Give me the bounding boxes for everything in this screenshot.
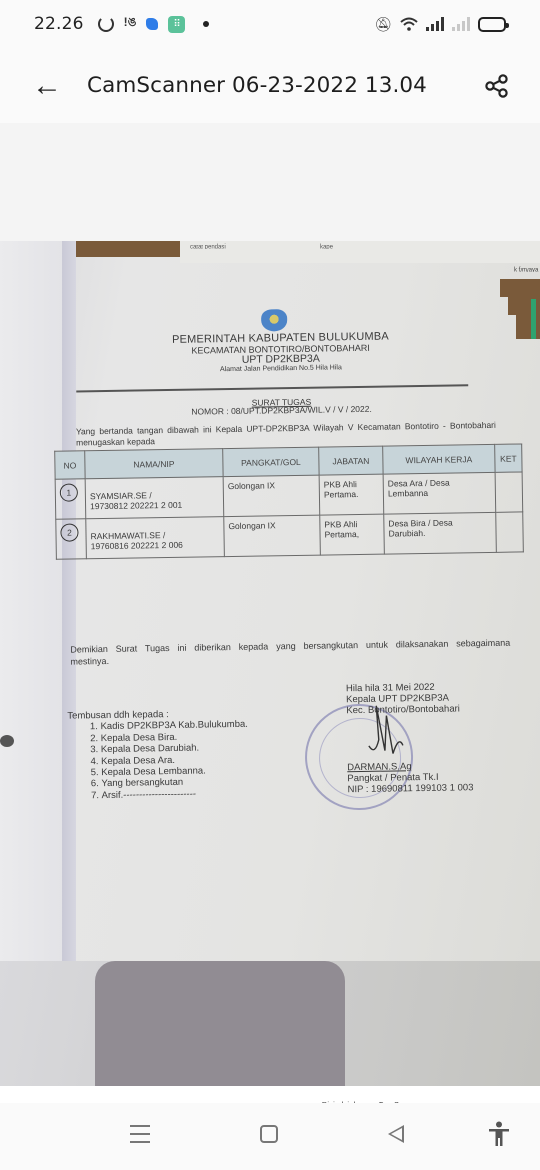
copy-recipients-list: Kadis DP2KBP3A Kab.Bulukumba. Kepala Des… [67, 719, 249, 802]
cell-pangkat: Golongan IX [223, 475, 320, 517]
header-nama-nip: NAMA/NIP [85, 449, 223, 479]
battery-icon [478, 17, 506, 32]
corner-handwriting: ɐʎɐ/ɯ/ɟ ʞ [514, 266, 538, 272]
bell-off-icon: 🔕︎ [374, 16, 392, 33]
sign-nip: NIP : 19690811 199103 1 003 [347, 783, 473, 796]
document-viewer[interactable]: ᴉsɐpuǝd ʇɐʇɐɔ ǝdɐʞ ɐʎɐ/ɯ/ɟ ʞ PEMERINTAH … [0, 123, 540, 1103]
status-time: 22.26 [34, 14, 84, 34]
blue-app-icon [146, 18, 158, 30]
upside-down-text: ǝdɐʞ [320, 243, 333, 249]
cell-nama-nip: RAKHMAWATI.SE /19760816 202221 2 006 [86, 517, 225, 559]
status-right-icons: 🔕︎ [374, 16, 506, 33]
signal-dim-icon [452, 17, 470, 31]
cell-no: 2 [56, 519, 87, 559]
corner-green-tab [531, 299, 536, 339]
cell-ket [496, 512, 524, 552]
header-no: NO [55, 451, 85, 479]
letter-document: PEMERINTAH KABUPATEN BULUKUMBA KECAMATAN… [40, 303, 540, 311]
navigation-bar [0, 1103, 540, 1170]
cell-jabatan: PKB Ahli Pertama. [319, 474, 384, 515]
status-bar: 22.26 !ঙ ⠿ 🔕︎ [0, 0, 540, 48]
emblem-logo [261, 309, 287, 331]
letterhead-rule [76, 384, 468, 392]
cell-wilayah: Desa Ara / Desa Lembanna [383, 472, 496, 514]
green-app-icon: ⠿ [168, 16, 185, 33]
dot-icon [203, 21, 209, 27]
app-bar: ← CamScanner 06-23-2022 13.04 [0, 48, 540, 123]
scanned-photo: ᴉsɐpuǝd ʇɐʇɐɔ ǝdɐʞ ɐʎɐ/ɯ/ɟ ʞ PEMERINTAH … [0, 241, 540, 961]
header-wilayah: WILAYAH KERJA [383, 444, 495, 474]
letterhead: PEMERINTAH KABUPATEN BULUKUMBA KECAMATAN… [40, 329, 521, 376]
home-icon[interactable] [260, 1125, 278, 1143]
copy-recipients: Tembusan ddh kepada : Kadis DP2KBP3A Kab… [67, 708, 249, 802]
cell-no: 1 [55, 479, 86, 519]
document-title: CamScanner 06-23-2022 13.04 [87, 73, 427, 98]
wifi-icon [400, 17, 418, 31]
cell-wilayah: Desa Bira / Desa Darubiah. [384, 512, 497, 554]
assignment-table: NO NAMA/NIP PANGKAT/GOL JABATAN WILAYAH … [54, 443, 524, 559]
photo-lower-area [0, 961, 540, 1086]
sync-icon [98, 16, 114, 32]
signature-block: Hila hila 31 Mei 2022 Kepala UPT DP2KBP3… [346, 682, 474, 795]
closing-paragraph: Demikian Surat Tugas ini diberikan kepad… [70, 637, 510, 668]
pen-mark [0, 735, 14, 747]
arrow-left-icon[interactable]: ← [32, 71, 72, 101]
table-row: 2 RAKHMAWATI.SE /19760816 202221 2 006 G… [56, 512, 524, 559]
accessibility-icon[interactable] [488, 1121, 510, 1147]
shadow-object [95, 961, 345, 1086]
signal-icon [426, 17, 444, 31]
cell-ket [495, 472, 523, 512]
cell-pangkat: Golongan IX [224, 515, 321, 557]
back-icon[interactable] [388, 1125, 404, 1143]
header-pangkat: PANGKAT/GOL [223, 447, 319, 477]
header-ket: KET [495, 444, 522, 472]
list-item: Arsif.----------------------- [102, 788, 250, 802]
status-left-icons: !ঙ ⠿ [98, 14, 210, 34]
menu-icon[interactable] [130, 1125, 150, 1149]
list-item: Kadis DP2KBP3A Kab.Bulukumba. [100, 719, 248, 733]
notification-app-icon: !ঙ [124, 14, 137, 34]
upside-down-text: ᴉsɐpuǝd ʇɐʇɐɔ [190, 243, 226, 249]
background-sheet: ᴉsɐpuǝd ʇɐʇɐɔ ǝdɐʞ [180, 241, 540, 263]
share-icon[interactable] [484, 73, 510, 99]
cell-jabatan: PKB Ahli Pertama, [320, 514, 385, 555]
header-jabatan: JABATAN [319, 446, 383, 475]
cell-nama-nip: SYAMSIAR.SE /19730812 202221 2 001 [85, 477, 224, 519]
scanned-page[interactable]: ᴉsɐpuǝd ʇɐʇɐɔ ǝdɐʞ ɐʎɐ/ɯ/ɟ ʞ PEMERINTAH … [0, 241, 540, 1086]
sign-district: Kec. Bontotiro/Bontobahari [346, 704, 472, 717]
